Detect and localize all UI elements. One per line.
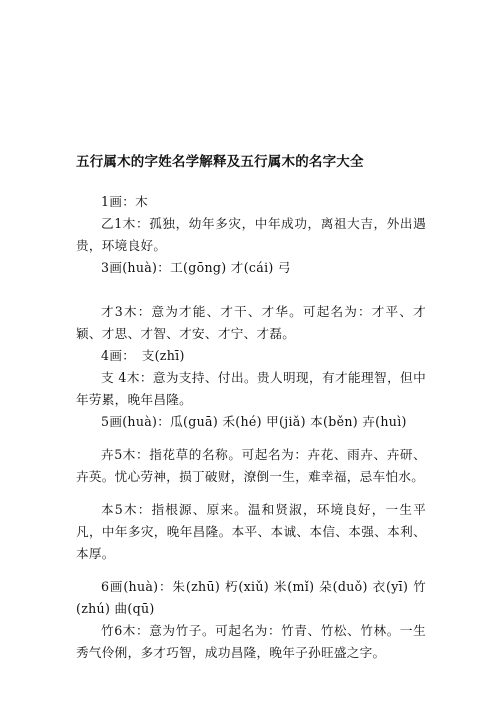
stroke-heading-1: 1画：木 <box>76 191 426 213</box>
entry-yi: 乙1木：孤独，幼年多灾，中年成功，离祖大吉，外出遇贵，环境良好。 <box>76 213 426 257</box>
entry-cai: 才3木：意为才能、才干、才华。可起名为：才平、才颖、才思、才智、才安、才宁、才磊… <box>76 301 426 345</box>
stroke-heading-3: 3画(huà)：工(gōng) 才(cái) 弓 <box>76 257 426 279</box>
stroke-heading-5: 5画(huà)：瓜(guā) 禾(hé) 甲(jiǎ) 本(běn) 卉(huì… <box>76 411 426 433</box>
spacer <box>76 488 426 499</box>
entry-ben: 本5木：指根源、原来。温和贤淑，环境良好，一生平凡，中年多灾，晚年昌隆。本平、本… <box>76 499 426 565</box>
document-page: 五行属木的字姓名学解释及五行属木的名字大全 1画：木 乙1木：孤独，幼年多灾，中… <box>76 152 426 664</box>
stroke-heading-6: 6画(huà)：朱(zhū) 朽(xiǔ) 米(mǐ) 朵(duǒ) 衣(yī)… <box>76 576 426 620</box>
spacer <box>76 433 426 444</box>
entry-zhu: 竹6木：意为竹子。可起名为：竹青、竹松、竹林。一生秀气伶俐，多才巧智，成功昌隆，… <box>76 620 426 664</box>
stroke-heading-4: 4画： 支(zhī) <box>76 345 426 367</box>
spacer <box>76 279 426 301</box>
entry-hui: 卉5木：指花草的名称。可起名为：卉花、雨卉、卉研、卉英。忧心劳神，损丁破财，潦倒… <box>76 444 426 488</box>
entry-zhi: 支 4木：意为支持、付出。贵人明现，有才能理智，但中年劳累，晚年昌隆。 <box>76 367 426 411</box>
document-title: 五行属木的字姓名学解释及五行属木的名字大全 <box>76 152 426 172</box>
spacer <box>76 565 426 576</box>
